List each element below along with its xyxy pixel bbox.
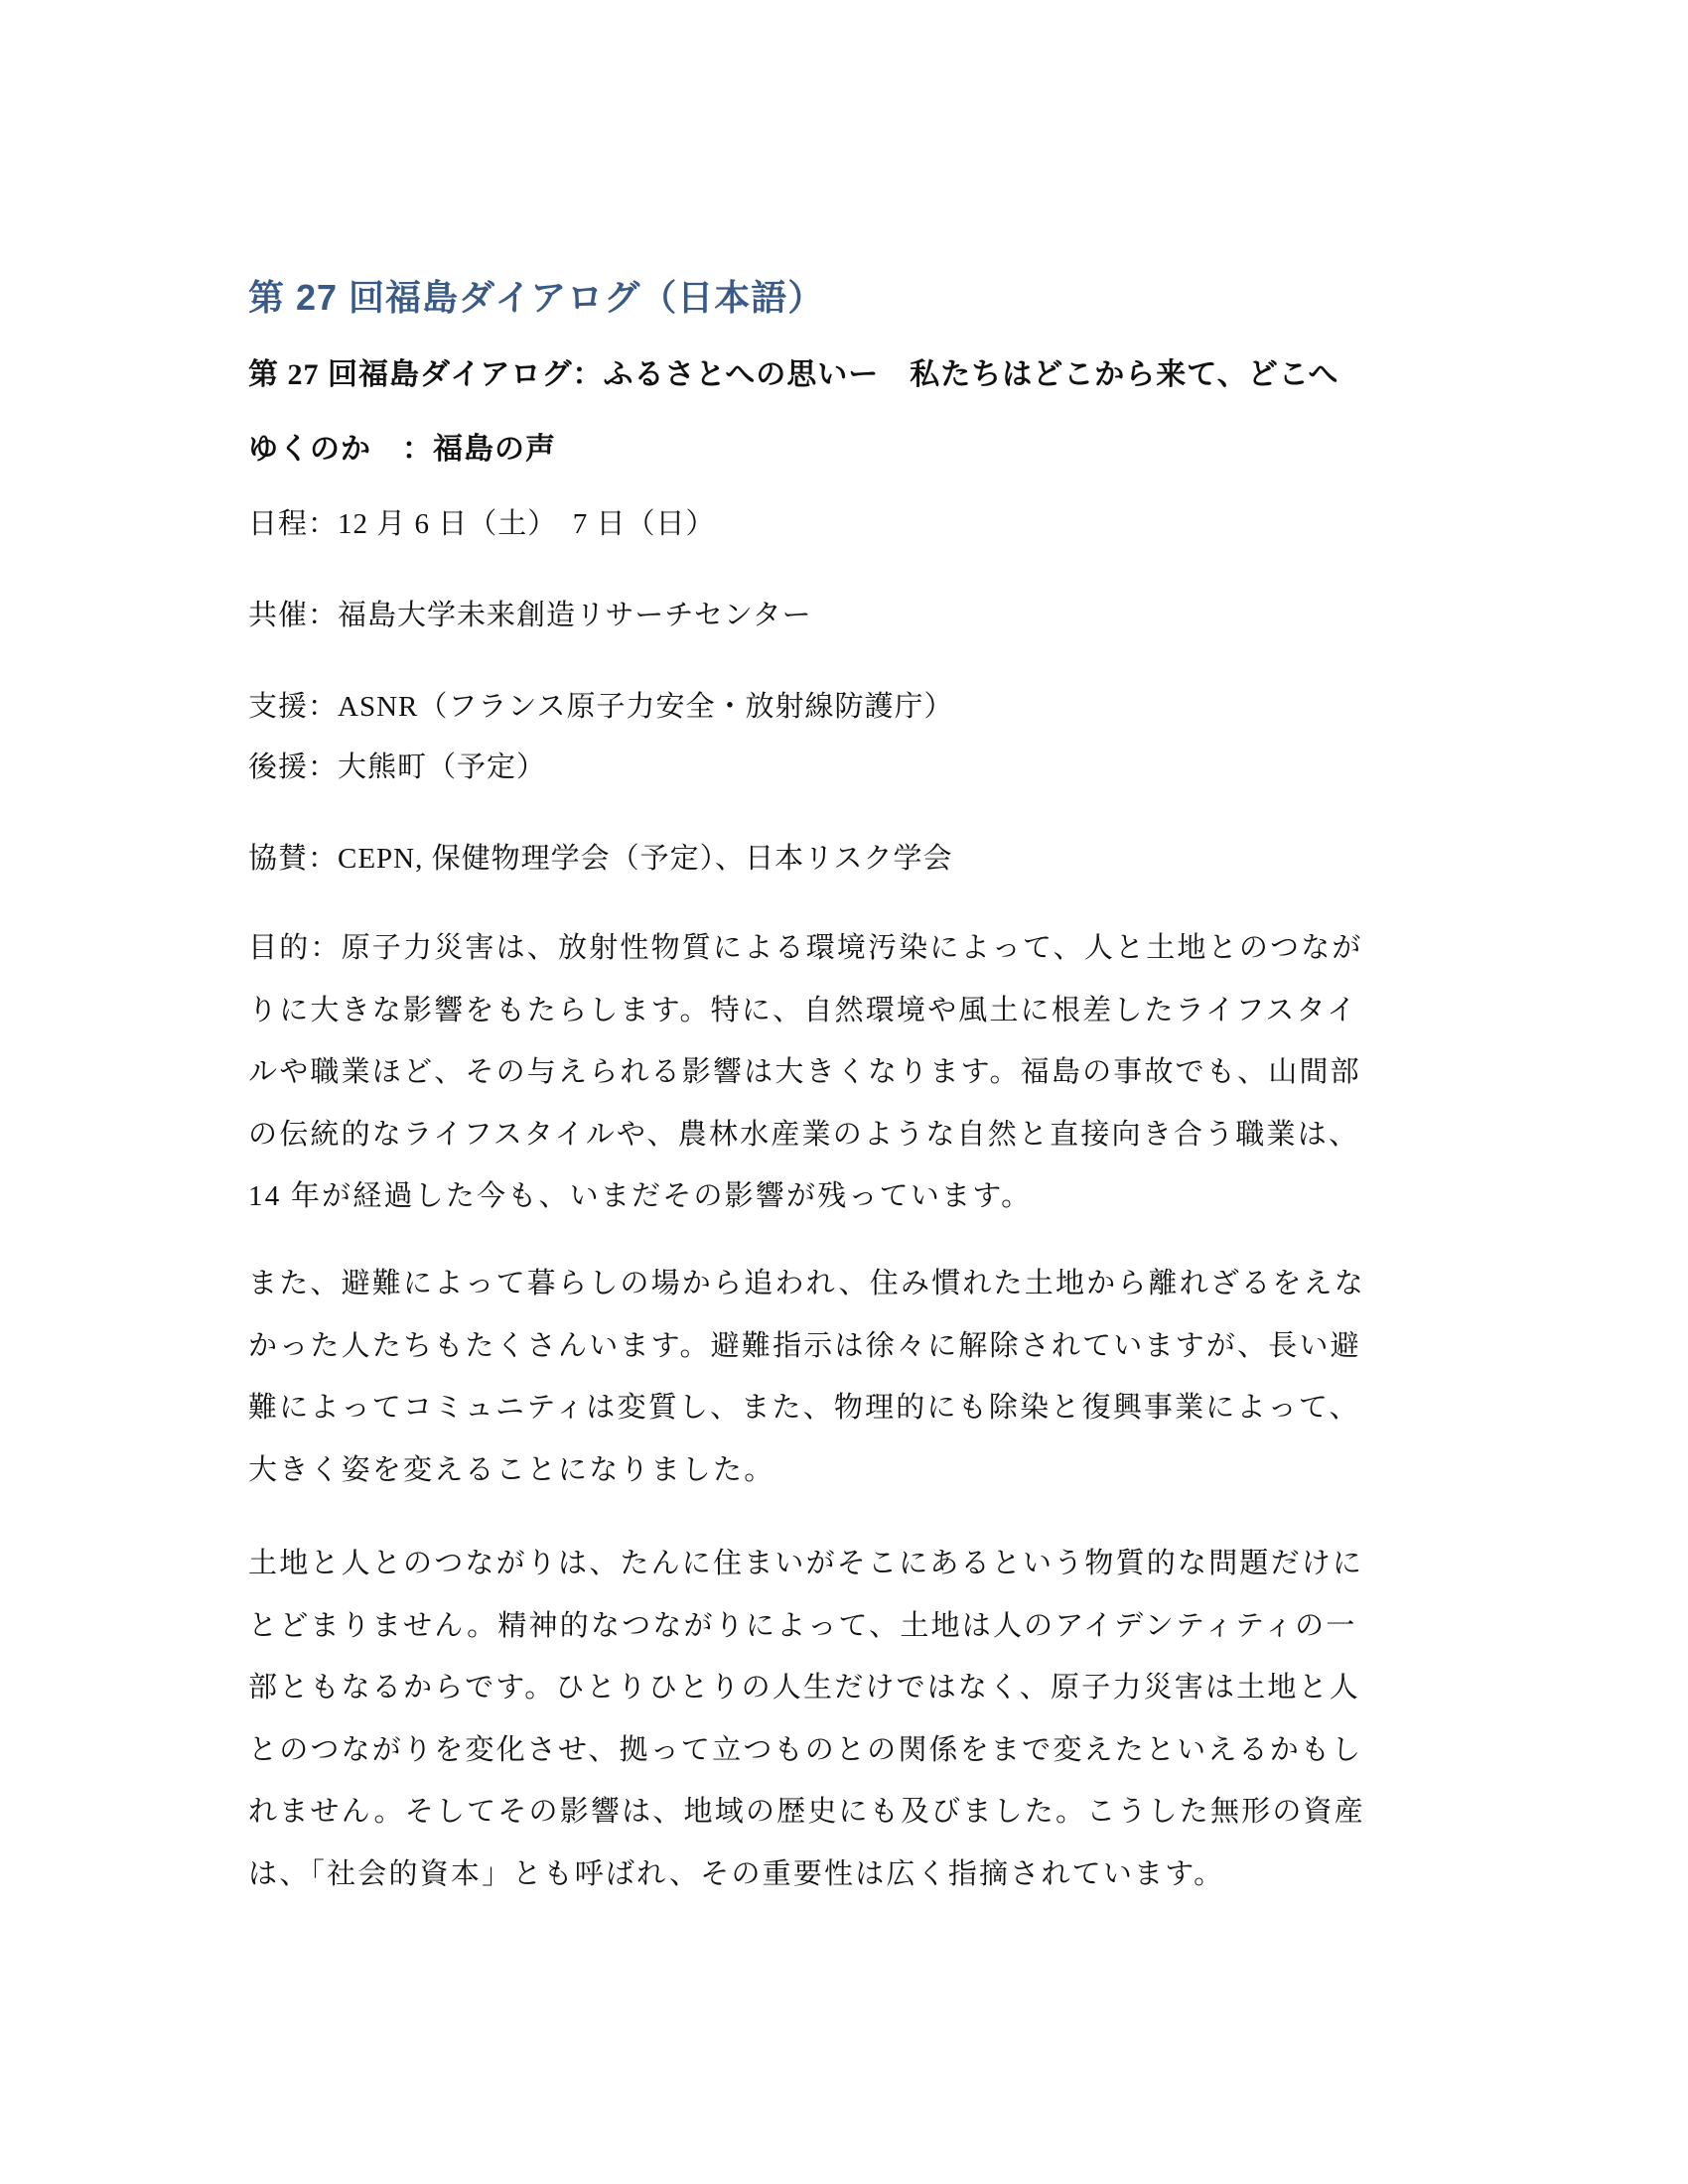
paragraph-line: 部ともなるからです。ひとりひとりの人生だけではなく、原子力災害は土地と人 [248,1657,1450,1719]
paragraph-line: 大きく姿を変えることになりました。 [248,1439,1450,1502]
paragraph-line: れません。そしてその影響は、地域の歴史にも及びました。こうした無形の資産 [248,1781,1450,1843]
paragraph-line: かった人たちもたくさんいます。避難指示は徐々に解除されていますが、長い避 [248,1315,1450,1378]
paragraph-line: とどまりません。精神的なつながりによって、土地は人のアイデンティティの一 [248,1595,1450,1658]
paragraph-line: は、「社会的資本」とも呼ばれ、その重要性は広く指摘されています。 [248,1843,1450,1906]
sponsors-line: 協賛：CEPN, 保健物理学会（予定）、日本リスク学会 [248,836,953,877]
paragraph-line: 難によってコミュニティは変質し、また、物理的にも除染と復興事業によって、 [248,1377,1450,1439]
paragraph-line: また、避難によって暮らしの場から追われ、住み慣れた土地から離れざるをえな [248,1253,1450,1315]
paragraph-line: 14 年が経過した今も、いまだその影響が残っています。 [248,1165,1450,1228]
event-subtitle: 第 27 回福島ダイアログ：ふるさとへの思いー 私たちはどこから来て、どこへ ゆ… [248,338,1440,486]
support-line: 支援：ASNR（フランス原子力安全・放射線防護庁） [248,684,954,725]
purpose-paragraph: 目的：原子力災害は、放射性物質による環境汚染によって、人と土地とのつなが りに大… [248,917,1450,1228]
paragraph-line: りに大きな影響をもたらします。特に、自然環境や風土に根差したライフスタイ [248,980,1450,1042]
land-connection-paragraph: 土地と人とのつながりは、たんに住まいがそこにあるという物質的な問題だけに とどま… [248,1533,1450,1905]
schedule-line: 日程：12 月 6 日（土） 7 日（日） [248,501,716,542]
paragraph-line: とのつながりを変化させ、拠って立つものとの関係をまで変えたといえるかもし [248,1719,1450,1782]
evacuation-paragraph: また、避難によって暮らしの場から追われ、住み慣れた土地から離れざるをえな かった… [248,1253,1450,1501]
page-title: 第 27 回福島ダイアログ（日本語） [248,270,824,321]
co-host-line: 共催：福島大学未来創造リサーチセンター [248,593,812,633]
backing-line: 後援：大熊町（予定） [248,745,546,785]
paragraph-line: 目的：原子力災害は、放射性物質による環境汚染によって、人と土地とのつなが [248,917,1450,980]
paragraph-line: の伝統的なライフスタイルや、農林水産業のような自然と直接向き合う職業は、 [248,1104,1450,1166]
paragraph-line: ルや職業ほど、その与えられる影響は大きくなります。福島の事故でも、山間部 [248,1041,1450,1104]
subtitle-line: ゆくのか ：福島の声 [248,412,1440,486]
subtitle-line: 第 27 回福島ダイアログ：ふるさとへの思いー 私たちはどこから来て、どこへ [248,338,1440,412]
paragraph-line: 土地と人とのつながりは、たんに住まいがそこにあるという物質的な問題だけに [248,1533,1450,1595]
